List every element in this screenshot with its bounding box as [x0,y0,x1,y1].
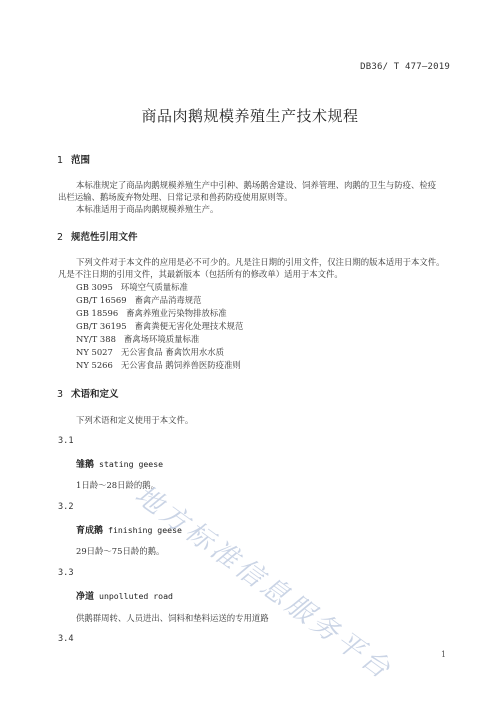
term-chinese: 育成鹅 [76,526,103,536]
reference-code: GB/T 36195 [76,321,127,331]
reference-title: 畜禽产品消毒规范 [135,295,202,305]
reference-title: 无公害食品 鹅饲养兽医防疫准则 [121,360,241,370]
section-number: 2 [57,232,71,243]
term-entry: 净道unpolluted road [76,589,173,602]
reference-item: GB 3095环境空气质量标准 [76,281,188,293]
section-number: 3 [57,389,71,400]
paragraph: 凡是不注日期的引用文件，其最新版本（包括所有的修改单）适用于本文件。 [58,268,343,280]
standard-code: DB36/ T 477—2019 [360,62,450,72]
paragraph: 出栏运输、鹅场废弃物处理、日常记录和兽药防疫使用原则等。 [58,191,293,203]
reference-title: 环境空气质量标准 [121,282,188,292]
term-english: stating geese [99,459,163,469]
clause-number: 3.4 [58,634,74,644]
reference-code: GB 3095 [76,282,113,292]
reference-code: NY 5027 [76,347,113,357]
term-entry: 雏鹅stating geese [76,457,163,470]
term-definition: 供鹅群周转、人员进出、饲料和垫料运送的专用道路 [76,612,269,624]
section-title: 规范性引用文件 [71,232,138,243]
reference-item: NY 5027无公害食品 畜禽饮用水水质 [76,346,224,358]
paragraph: 本标准适用于商品肉鹅规模养殖生产。 [76,203,218,215]
watermark: 地方标准信息服务平台 [129,474,403,688]
reference-item: GB/T 16569畜禽产品消毒规范 [76,294,202,306]
reference-item: NY/T 388畜禽场环境质量标准 [76,333,199,345]
page-number: 1 [441,650,446,659]
clause-number: 3.1 [58,436,74,446]
reference-title: 畜禽粪便无害化处理技术规范 [135,321,244,331]
section-3-heading: 3术语和定义 [57,386,119,400]
reference-item: GB/T 36195畜禽粪便无害化处理技术规范 [76,320,243,332]
term-definition: 29日龄～75日龄的鹅。 [76,545,164,557]
term-chinese: 净道 [76,592,94,602]
section-title: 术语和定义 [71,389,119,400]
term-entry: 育成鹅finishing geese [76,523,182,536]
reference-code: NY/T 388 [76,334,116,344]
paragraph: 本标准规定了商品肉鹅规模养殖生产中引种、鹅场鹅舍建设、饲养管理、肉鹅的卫生与防疫… [76,179,436,191]
document-title: 商品肉鹅规模养殖生产技术规程 [0,105,500,126]
reference-item: GB 18596畜禽养殖业污染物排放标准 [76,307,227,319]
term-chinese: 雏鹅 [76,460,94,470]
section-1-heading: 1范围 [57,152,90,166]
section-number: 1 [57,155,71,166]
reference-title: 畜禽场环境质量标准 [124,334,199,344]
clause-number: 3.2 [58,502,74,512]
reference-code: GB 18596 [76,308,118,318]
reference-code: GB/T 16569 [76,295,127,305]
reference-title: 无公害食品 畜禽饮用水水质 [121,347,224,357]
reference-item: NY 5266无公害食品 鹅饲养兽医防疫准则 [76,359,241,371]
paragraph: 下列术语和定义使用于本文件。 [76,414,193,426]
reference-title: 畜禽养殖业污染物排放标准 [126,308,227,318]
term-definition: 1日龄～28日龄的鹅。 [76,479,159,491]
section-2-heading: 2规范性引用文件 [57,229,138,243]
paragraph: 下列文件对于本文件的应用是必不可少的。凡是注日期的引用文件，仅注日期的版本适用于… [76,256,445,268]
term-english: finishing geese [108,525,182,535]
section-title: 范围 [71,155,90,166]
term-english: unpolluted road [99,591,173,601]
clause-number: 3.3 [58,568,74,578]
reference-code: NY 5266 [76,360,113,370]
